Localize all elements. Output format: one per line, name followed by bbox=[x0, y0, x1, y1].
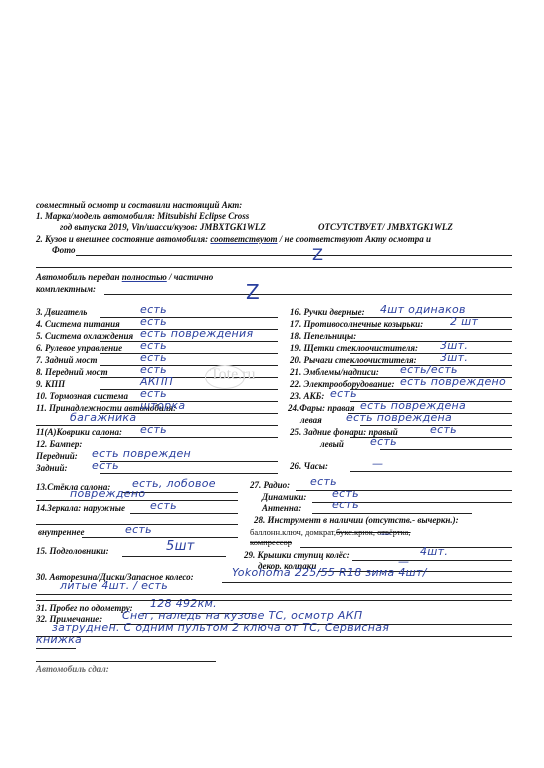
right-item-value: — bbox=[372, 458, 383, 470]
right-item-value: есть bbox=[430, 424, 457, 436]
left-item-label: 11(А)Коврики салона: bbox=[36, 427, 122, 437]
field-line bbox=[36, 661, 216, 662]
right-item-label: левая bbox=[300, 415, 322, 425]
right-item-label: 16. Ручки дверные: bbox=[290, 307, 365, 317]
right-item-label: 26. Часы: bbox=[290, 461, 328, 471]
field-line bbox=[130, 513, 238, 514]
field-line bbox=[350, 389, 512, 390]
left-item-label: 4. Система питания bbox=[36, 319, 120, 329]
left-item-label: 3. Двигатель bbox=[36, 307, 87, 317]
antenna-label: Антенна: bbox=[262, 503, 301, 513]
left-item-label: 6. Рулевое управление bbox=[36, 343, 122, 353]
tools-struck: букс.крюк, отвёртка, bbox=[336, 527, 411, 537]
field-line bbox=[350, 329, 512, 330]
left-item-label: 12. Бампер: bbox=[36, 439, 82, 449]
field-line bbox=[100, 389, 278, 390]
handover-line1: Автомобиль передан полностью / частично bbox=[36, 272, 213, 282]
item2-line: 2. Кузов и внешнее состояние автомобиля:… bbox=[36, 234, 431, 244]
field-line bbox=[300, 547, 512, 548]
handover-line bbox=[104, 294, 512, 295]
item2-selected-option: соответствуют bbox=[210, 234, 277, 244]
field-line bbox=[82, 537, 238, 538]
field-line bbox=[100, 437, 278, 438]
right-item-value: есть bbox=[330, 388, 357, 400]
item2-foto: Фото bbox=[52, 245, 76, 255]
item29-label: 29. Крышки ступиц колёс: bbox=[244, 550, 350, 560]
field-line bbox=[296, 490, 512, 491]
field-line bbox=[352, 560, 512, 561]
field-line bbox=[222, 582, 512, 583]
item30-value2: литые 4шт. / есть bbox=[60, 580, 168, 592]
right-item-label: 21. Эмблемы/надписи: bbox=[290, 367, 379, 377]
item1-year-vin: год выпуска 2019, Vin/шасси/кузов: JMBXT… bbox=[60, 222, 266, 232]
tools-present: баллонн.ключ, домкрат, bbox=[250, 527, 336, 537]
watermark: Tote.ru bbox=[210, 366, 256, 384]
item29-value: 4шт. bbox=[420, 546, 448, 558]
item14-value: есть bbox=[150, 500, 177, 512]
right-item-label: 24.Фары: правая bbox=[288, 403, 355, 413]
item13-value2: повреждено bbox=[70, 488, 145, 500]
item15-label: 15. Подголовники: bbox=[36, 546, 109, 556]
field-line bbox=[100, 401, 278, 402]
handover-rest: / частично bbox=[167, 272, 213, 282]
note-line2: затруднен. С одним пультом 2 ключа от ТС… bbox=[52, 622, 389, 634]
field-line bbox=[36, 636, 512, 637]
right-item-label: левый bbox=[320, 439, 344, 449]
field-line bbox=[100, 317, 278, 318]
item2-prefix: 2. Кузов и внешнее состояние автомобиля: bbox=[36, 234, 210, 244]
field-line bbox=[350, 471, 512, 472]
right-item-label: 23. АКБ: bbox=[290, 391, 324, 401]
field-line bbox=[312, 513, 472, 514]
z-mark-2: Z bbox=[246, 280, 260, 304]
item14b-value: есть bbox=[125, 524, 152, 536]
tools-title: 28. Инструмент в наличии (отсутств.- выч… bbox=[254, 515, 459, 525]
handover-line2: комплектным: bbox=[36, 284, 96, 294]
item1-vin-right: ОТСУТСТВУЕТ/ JMBXTGK1WLZ bbox=[318, 222, 453, 232]
right-item-label: 19. Щетки стеклоочистителя: bbox=[290, 343, 418, 353]
field-line bbox=[350, 353, 512, 354]
right-item-value: есть bbox=[370, 436, 397, 448]
right-item-label: 17. Противосолнечные козырьки: bbox=[290, 319, 423, 329]
right-item-label: 18. Пепельницы: bbox=[290, 331, 356, 341]
intro-text: совместный осмотр и составили настоящий … bbox=[36, 200, 242, 210]
tools-line2: компрессор bbox=[250, 537, 292, 547]
left-item-label: 10. Тормозная система bbox=[36, 391, 128, 401]
item27-label: 27. Радио: bbox=[250, 480, 290, 490]
item30-value: Yokohoma 225/55 R18 зима 4шт/ bbox=[232, 567, 427, 579]
field-line bbox=[100, 473, 278, 474]
handover-prefix: Автомобиль передан bbox=[36, 272, 122, 282]
left-item-value: есть bbox=[140, 424, 167, 436]
right-item-label: 20. Рычаги стеклоочистителя: bbox=[290, 355, 417, 365]
field-line bbox=[380, 449, 512, 450]
left-item-label: Задний: bbox=[36, 463, 68, 473]
item2-rest: / не соответствуют Акту осмотра и bbox=[278, 234, 432, 244]
tools-mark: — bbox=[380, 528, 391, 540]
field-line bbox=[36, 500, 238, 501]
divider-line bbox=[36, 267, 512, 268]
left-item-label: 5. Система охлаждения bbox=[36, 331, 133, 341]
field-line bbox=[350, 317, 512, 318]
item15-value: 5шт bbox=[166, 541, 195, 553]
field-line bbox=[36, 594, 512, 595]
note-line3: книжка bbox=[36, 634, 82, 646]
item1-label: 1. Марка/модель автомобиля: Mitsubishi E… bbox=[36, 211, 249, 221]
field-line bbox=[100, 353, 278, 354]
item14b-label: внутреннее bbox=[38, 527, 85, 537]
right-item-value: 2 шт bbox=[450, 316, 478, 328]
item31-label: 31. Пробег по одометру: bbox=[36, 603, 133, 613]
left-item-value: есть bbox=[92, 460, 119, 472]
field-line bbox=[36, 648, 76, 649]
field-line bbox=[36, 600, 512, 601]
left-item-label: 7. Задний мост bbox=[36, 355, 97, 365]
field-line bbox=[350, 341, 512, 342]
left-item-label: 8. Передний мост bbox=[36, 367, 108, 377]
left-item-label: 9. КПП bbox=[36, 379, 65, 389]
foto-line bbox=[76, 255, 512, 256]
field-line bbox=[100, 341, 278, 342]
item14-label: 14.Зеркала: наружные bbox=[36, 503, 125, 513]
field-line bbox=[122, 556, 226, 557]
handover-selected: полностью bbox=[122, 272, 167, 282]
left-item-value2: багажника bbox=[70, 412, 136, 424]
left-item-value: шторка bbox=[140, 400, 185, 412]
right-item-value: есть повреждено bbox=[400, 376, 506, 388]
speakers-label: Динамики: bbox=[262, 492, 306, 502]
antenna-value: есть bbox=[332, 499, 359, 511]
z-mark-1: Z bbox=[312, 245, 323, 264]
field-line bbox=[100, 461, 278, 462]
handed-by-label: Автомобиль сдал: bbox=[36, 664, 109, 674]
left-item-label: Передний: bbox=[36, 451, 78, 461]
